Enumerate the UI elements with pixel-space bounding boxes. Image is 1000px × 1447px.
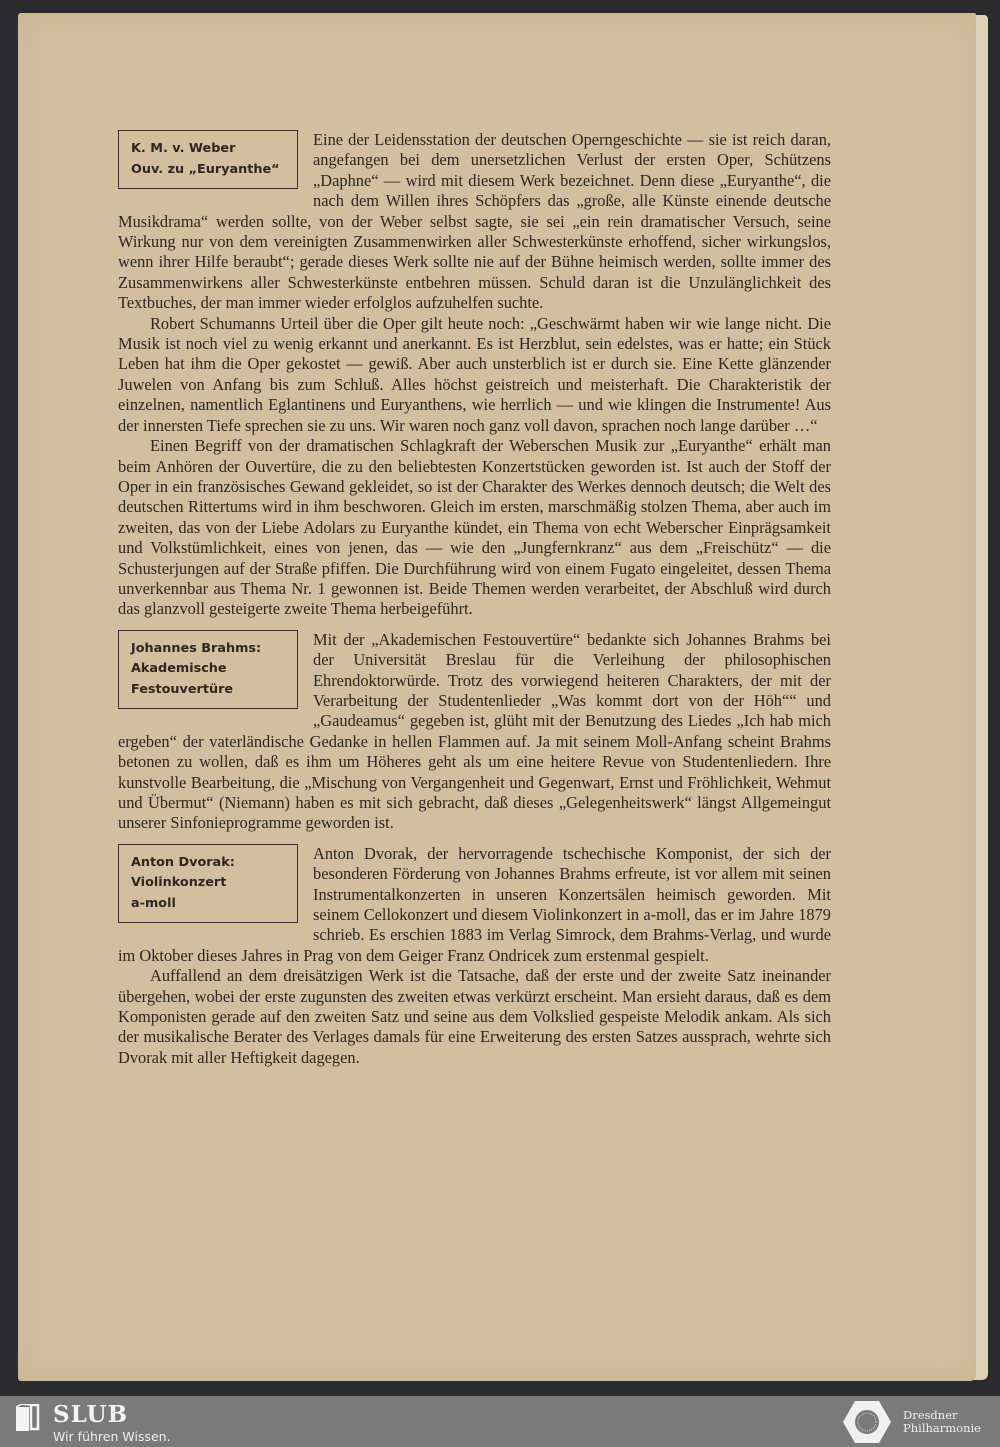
philharmonie-logo-text: Dresdner Philharmonie (903, 1409, 981, 1435)
section-dvorak: Anton Dvorak: Violinkonzert a-moll Anton… (118, 844, 831, 1068)
section-weber: K. M. v. Weber Ouv. zu „Euryanthe“ Eine … (118, 130, 831, 620)
box-line: Anton Dvorak: (131, 853, 297, 874)
box-line: Akademische (131, 659, 297, 680)
paragraph: Robert Schumanns Urteil über die Oper gi… (118, 314, 831, 436)
philharmonie-line2: Philharmonie (903, 1422, 981, 1435)
footer-bar: SLUB Wir führen Wissen. Dresdner Philhar… (0, 1396, 1000, 1447)
box-line: K. M. v. Weber (131, 139, 297, 160)
box-line: a-moll (131, 894, 297, 915)
program-text: K. M. v. Weber Ouv. zu „Euryanthe“ Eine … (118, 130, 831, 1068)
slub-tagline: Wir führen Wissen. (53, 1429, 171, 1444)
paragraph: Einen Begriff von der dramatischen Schla… (118, 436, 831, 620)
box-line: Violinkonzert (131, 873, 297, 894)
book-icon (14, 1404, 40, 1432)
section-brahms: Johannes Brahms: Akademische Festouvertü… (118, 630, 831, 834)
section-heading-box: K. M. v. Weber Ouv. zu „Euryanthe“ (118, 130, 298, 189)
paragraph: Auffallend an dem dreisätzigen Werk ist … (118, 966, 831, 1068)
sunburst-ring-icon (842, 1400, 892, 1444)
slub-logo-text: SLUB (53, 1401, 128, 1428)
box-line: Ouv. zu „Euryanthe“ (131, 160, 297, 181)
box-line: Johannes Brahms: (131, 639, 297, 660)
section-heading-box: Johannes Brahms: Akademische Festouvertü… (118, 630, 298, 710)
box-line: Festouvertüre (131, 680, 297, 701)
section-heading-box: Anton Dvorak: Violinkonzert a-moll (118, 844, 298, 924)
